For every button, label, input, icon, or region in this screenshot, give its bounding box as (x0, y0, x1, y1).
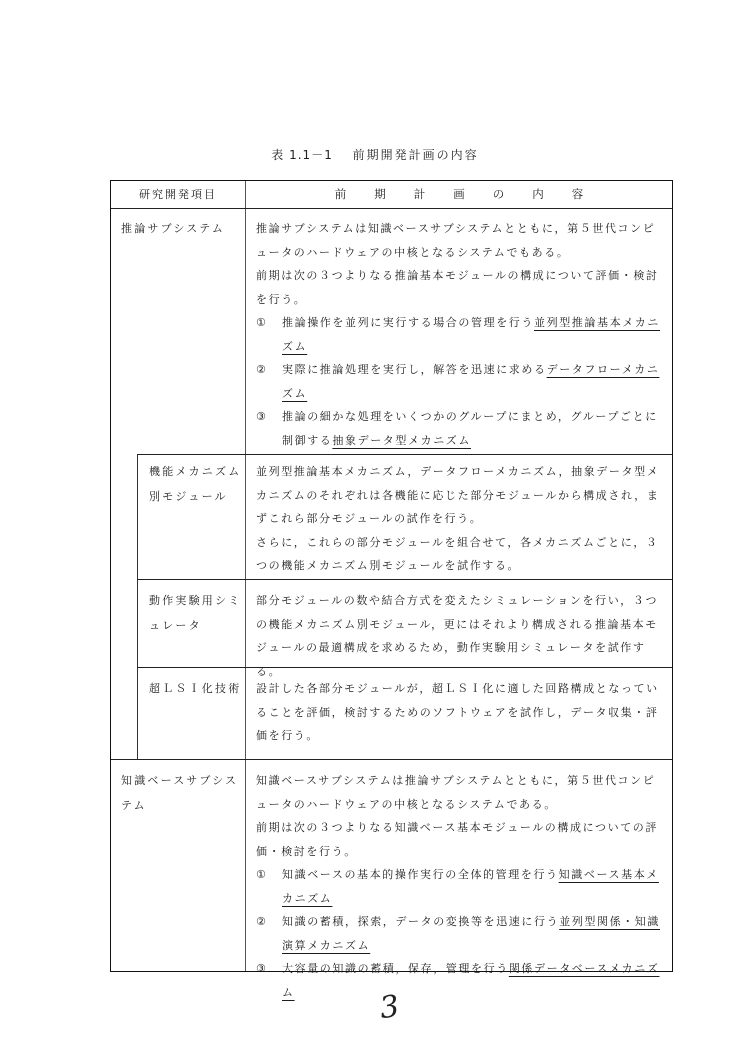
plan-table: 研究開発項目 前期計画の内容 推論サブシステム 推論サブシステムは知識ベースサブ… (110, 180, 673, 972)
row-content-inference-subsystem: 推論サブシステムは知識ベースサブシステムとともに，第５世代コンピュータのハードウ… (256, 217, 666, 452)
list-item: ① 推論操作を並列に実行する場合の管理を行う並列型推論基本メカニズム (256, 311, 666, 358)
row-label-simulator: 動作実験用シミ ュレータ (149, 591, 241, 636)
header-plan-content: 前期計画の内容 (246, 181, 672, 208)
table-title: 前期開発計画の内容 (353, 148, 479, 162)
row-label-knowledge-base-subsystem: 知識ベースサブシス テム (121, 771, 238, 816)
table-caption: 表 1.1－1 前期開発計画の内容 (0, 146, 750, 163)
row-content-knowledge-base-subsystem: 知識ベースサブシステムは推論サブシステムとともに，第５世代コンピュータのハードウ… (256, 769, 666, 1004)
row-divider (111, 759, 672, 760)
row-content-vlsi: 設計した各部分モジュールが，超ＬＳＩ化に適した回路構成となっていることを評価，検… (256, 677, 666, 748)
row-content-simulator: 部分モジュールの数や結合方式を変えたシミュレーションを行い，３つの機能メカニズム… (256, 589, 666, 683)
table-header: 研究開発項目 前期計画の内容 (111, 181, 672, 209)
list-item: ① 知識ベースの基本的操作実行の全体的管理を行う知識ベース基本メカニズム (256, 863, 666, 910)
header-research-item: 研究開発項目 (111, 181, 246, 208)
row-content-function-module: 並列型推論基本メカニズム，データフローメカニズム，抽象データ型メカニズムのそれぞ… (256, 460, 666, 578)
list-item: ② 実際に推論処理を実行し，解答を迅速に求めるデータフローメカニズム (256, 358, 666, 405)
row-label-function-module: 機能メカニズム 別モジュール (149, 462, 241, 507)
list-item: ③ 推論の細かな処理をいくつかのグループにまとめ，グループごとに制御する抽象デー… (256, 405, 666, 452)
row-label-vlsi: 超ＬＳＩ化技術 (149, 679, 241, 699)
list-item: ③ 大容量の知識の蓄積，保存，管理を行う関係データベースメカニズム (256, 957, 666, 1004)
row-label-inference-subsystem: 推論サブシステム (121, 219, 225, 239)
table-number: 表 1.1－1 (271, 148, 333, 162)
row-divider (137, 667, 672, 668)
list-item: ② 知識の蓄積，探索，データの変換等を迅速に行う並列型関係・知識演算メカニズム (256, 910, 666, 957)
row-divider (137, 579, 672, 580)
